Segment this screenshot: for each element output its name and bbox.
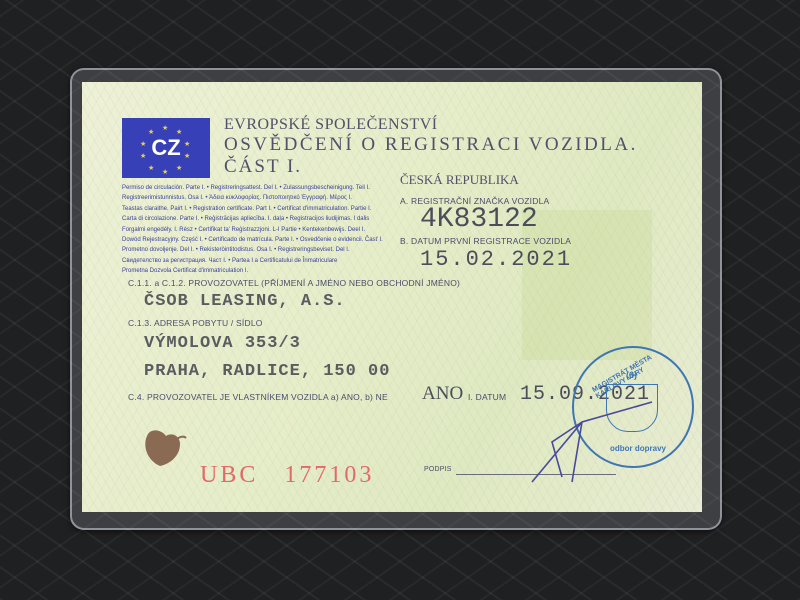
- label-first-registration: B. DATUM PRVNÍ REGISTRACE VOZIDLA: [400, 236, 571, 246]
- label-issue-date: I. DATUM: [468, 392, 506, 402]
- registration-card: ★★ ★★ ★★ ★★ ★★ CZ EVROPSKÉ SPOLEČENSTVÍ …: [82, 82, 702, 512]
- lang-line: Teastas claraithe. Pairt I. • Registrati…: [122, 204, 402, 214]
- lang-line: Prometna Dozvola Certificat d'immatricul…: [122, 266, 402, 276]
- title-line-2: OSVĚDČENÍ O REGISTRACI VOZIDLA.: [224, 134, 638, 156]
- address-line-1: VÝMOLOVA 353/3: [144, 334, 301, 353]
- lang-line: Свидетелство за регистрация. Част I. • P…: [122, 256, 402, 266]
- label-signature: PODPIS: [424, 466, 452, 473]
- linden-leaf-icon: [140, 422, 190, 472]
- serial-prefix: UBC: [200, 462, 258, 488]
- label-operator: C.1.1. a C.1.2. PROVOZOVATEL (PŘÍJMENÍ A…: [128, 278, 460, 288]
- country-name: ČESKÁ REPUBLIKA: [400, 172, 519, 188]
- lang-line: Permiso de circulación. Parte I. • Regis…: [122, 183, 402, 193]
- signature-scribble: [522, 382, 702, 492]
- registration-plate-value: 4K83122: [420, 204, 538, 235]
- owner-value: ANO: [422, 383, 463, 405]
- lang-line: Carta di circolazione. Parte I. • Reģist…: [122, 214, 402, 224]
- label-owner: C.4. PROVOZOVATEL JE VLASTNÍKEM VOZIDLA …: [128, 392, 388, 402]
- address-line-2: PRAHA, RADLICE, 150 00: [144, 362, 390, 381]
- country-code: CZ: [151, 135, 180, 161]
- watermark-emblem: [522, 210, 652, 360]
- lang-line: Dowód Rejestracyjny. Część I. • Certific…: [122, 235, 402, 245]
- multilingual-titles: Permiso de circulación. Parte I. • Regis…: [122, 183, 402, 277]
- lang-line: Prometno dovoljenje. Del I. • Rekisteröi…: [122, 245, 402, 255]
- lang-line: Forgalmi engedély. I. Rész • Certifikat …: [122, 225, 402, 235]
- serial-number: UBC177103: [200, 462, 374, 489]
- eu-flag-emblem: ★★ ★★ ★★ ★★ ★★ CZ: [122, 118, 210, 178]
- serial-digits: 177103: [284, 462, 374, 488]
- lang-line: Registreerimistunnistus. Osa I. • Άδεια …: [122, 193, 402, 203]
- label-address: C.1.3. ADRESA POBYTU / SÍDLO: [128, 318, 263, 328]
- operator-name: ČSOB LEASING, A.S.: [144, 292, 346, 311]
- title-line-1: EVROPSKÉ SPOLEČENSTVÍ: [224, 116, 638, 134]
- first-registration-date: 15.02.2021: [420, 247, 572, 272]
- document-title: EVROPSKÉ SPOLEČENSTVÍ OSVĚDČENÍ O REGIST…: [224, 116, 638, 178]
- stamp-number: (6): [626, 370, 637, 380]
